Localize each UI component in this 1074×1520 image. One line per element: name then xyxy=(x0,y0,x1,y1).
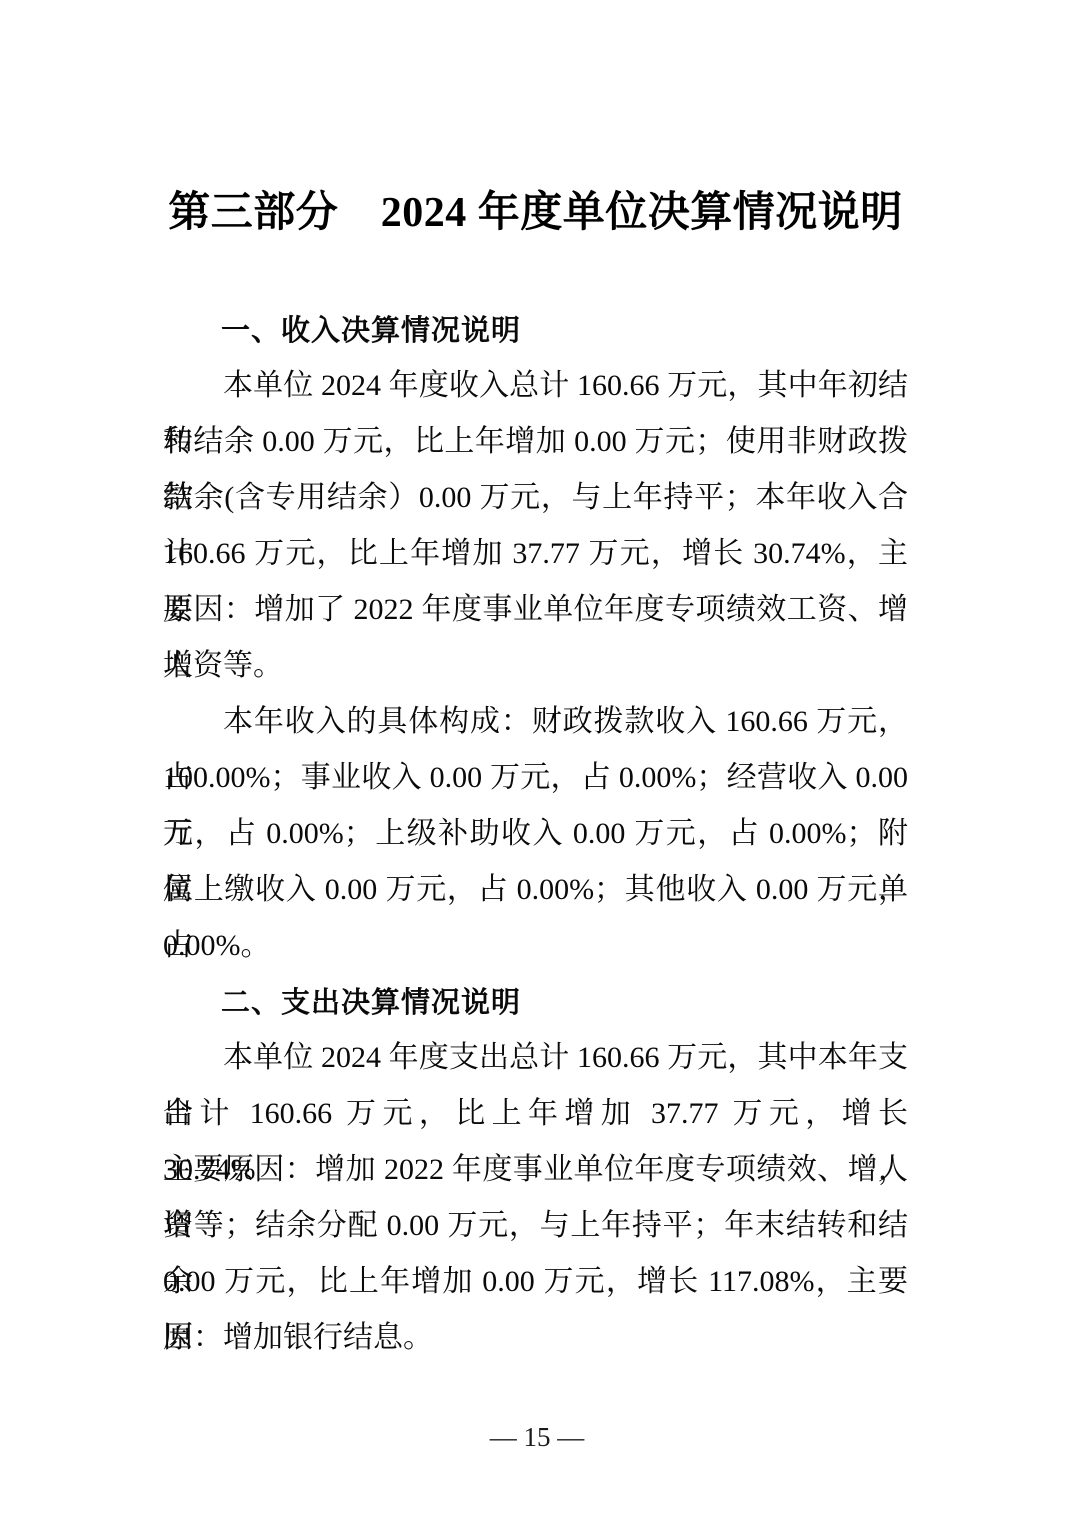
body-line: 因：增加银行结息。 xyxy=(163,1310,908,1366)
body-line: 本年收入的具体构成：财政拨款收入 160.66 万元，占 xyxy=(163,694,908,750)
body-line: 和结余 0.00 万元，比上年增加 0.00 万元；使用非财政拨款 xyxy=(163,414,908,470)
body-line: 主要原因：增加 2022 年度事业单位年度专项绩效、增人增 xyxy=(163,1142,908,1198)
body-line: 0.00%。 xyxy=(163,918,908,974)
body-line: 增资等。 xyxy=(163,638,908,694)
document-page: 第三部分 2024 年度单位决算情况说明 一、收入决算情况说明 本单位 2024… xyxy=(0,0,1074,1520)
section-income-heading: 一、收入决算情况说明 xyxy=(163,302,908,358)
body-line: 100.00%；事业收入 0.00 万元，占 0.00%；经营收入 0.00 万 xyxy=(163,750,908,806)
document-body: 一、收入决算情况说明 本单位 2024 年度收入总计 160.66 万元，其中年… xyxy=(163,302,908,1366)
body-line: 位上缴收入 0.00 万元，占 0.00%；其他收入 0.00 万元，占 xyxy=(163,862,908,918)
body-line: 元，占 0.00%；上级补助收入 0.00 万元，占 0.00%；附属单 xyxy=(163,806,908,862)
document-title: 第三部分 2024 年度单位决算情况说明 xyxy=(163,186,908,240)
body-line: 本单位 2024 年度支出总计 160.66 万元，其中本年支出 xyxy=(163,1030,908,1086)
body-line: 160.66 万元，比上年增加 37.77 万元，增长 30.74%，主要 xyxy=(163,526,908,582)
body-line: 0.00 万元，比上年增加 0.00 万元，增长 117.08%，主要原 xyxy=(163,1254,908,1310)
body-line: 合计 160.66 万元，比上年增加 37.77 万元，增长 30.74%， xyxy=(163,1086,908,1142)
body-line: 本单位 2024 年度收入总计 160.66 万元，其中年初结转 xyxy=(163,358,908,414)
body-line: 结余(含专用结余）0.00 万元，与上年持平；本年收入合计 xyxy=(163,470,908,526)
body-line: 原因：增加了 2022 年度事业单位年度专项绩效工资、增人 xyxy=(163,582,908,638)
section-expenditure-heading: 二、支出决算情况说明 xyxy=(163,974,908,1030)
page-number: — 15 — xyxy=(0,1420,1074,1454)
document-content: 第三部分 2024 年度单位决算情况说明 一、收入决算情况说明 本单位 2024… xyxy=(163,186,908,1366)
body-line: 资等；结余分配 0.00 万元，与上年持平；年末结转和结余 xyxy=(163,1198,908,1254)
